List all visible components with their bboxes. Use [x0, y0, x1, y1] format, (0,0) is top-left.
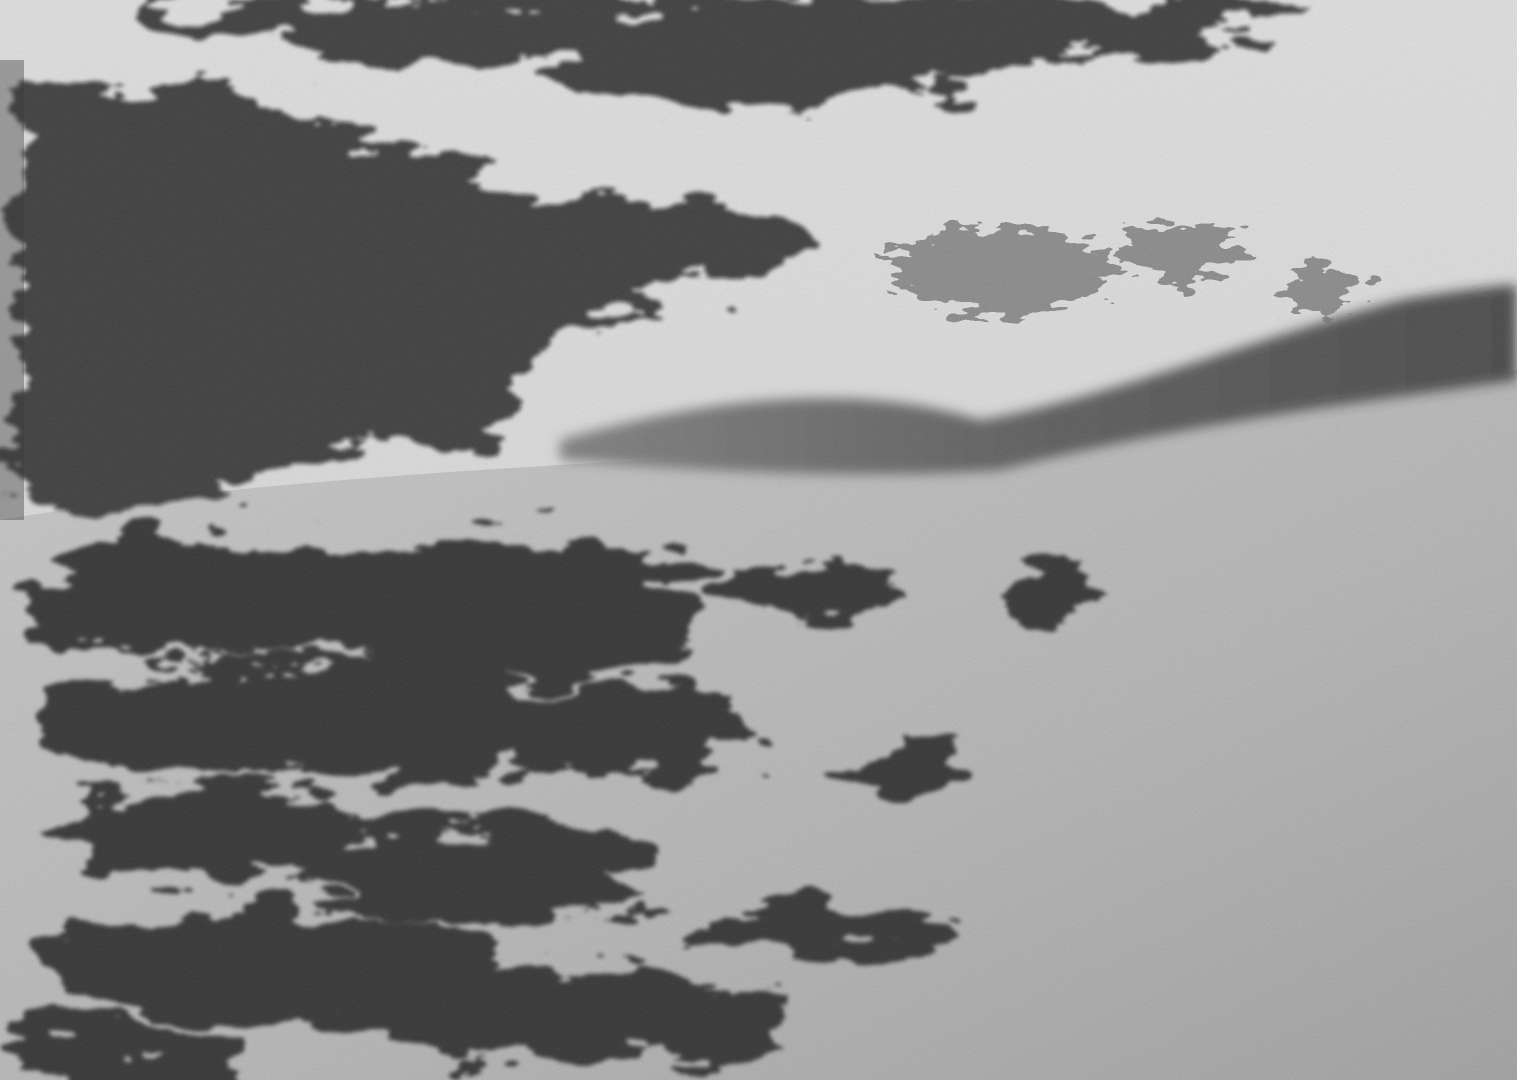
landscape-photo: Grainy high-contrast black-and-white pho… [0, 0, 1517, 1080]
edge-artifact [0, 60, 24, 520]
photo-canvas [0, 0, 1517, 1080]
film-grain [0, 0, 1517, 1080]
